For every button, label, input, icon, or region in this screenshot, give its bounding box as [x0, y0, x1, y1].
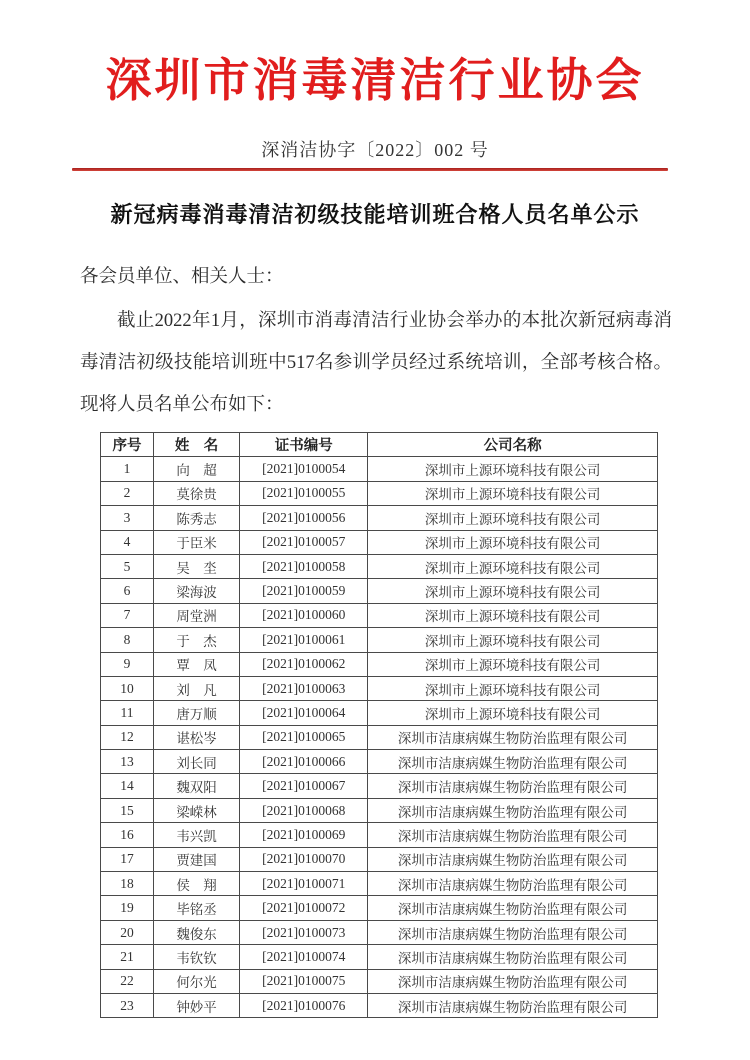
cell-serial: 13 [101, 750, 154, 774]
document-page: 深圳市消毒清洁行业协会 深消洁协字〔2022〕002 号 新冠病毒消毒清洁初级技… [0, 0, 750, 1060]
cell-cert-no: [2021]0100064 [240, 701, 368, 725]
cell-company: 深圳市洁康病媒生物防治监理有限公司 [368, 969, 658, 993]
cell-company: 深圳市上源环境科技有限公司 [368, 628, 658, 652]
cell-cert-no: [2021]0100060 [240, 603, 368, 627]
cell-name: 周堂洲 [153, 603, 239, 627]
cell-company: 深圳市上源环境科技有限公司 [368, 676, 658, 700]
cell-name: 向 超 [153, 457, 239, 481]
table-row: 17贾建国[2021]0100070深圳市洁康病媒生物防治监理有限公司 [101, 847, 658, 871]
roster-table-body: 1向 超[2021]0100054深圳市上源环境科技有限公司2莫徐贵[2021]… [101, 457, 658, 1018]
cell-serial: 14 [101, 774, 154, 798]
cell-serial: 6 [101, 579, 154, 603]
cell-company: 深圳市洁康病媒生物防治监理有限公司 [368, 725, 658, 749]
cell-name: 唐万顺 [153, 701, 239, 725]
cell-serial: 2 [101, 481, 154, 505]
cell-cert-no: [2021]0100072 [240, 896, 368, 920]
cell-name: 梁海波 [153, 579, 239, 603]
cell-cert-no: [2021]0100054 [240, 457, 368, 481]
cell-cert-no: [2021]0100074 [240, 945, 368, 969]
cell-name: 陈秀志 [153, 506, 239, 530]
cell-cert-no: [2021]0100059 [240, 579, 368, 603]
cell-serial: 12 [101, 725, 154, 749]
table-row: 18侯 翔[2021]0100071深圳市洁康病媒生物防治监理有限公司 [101, 872, 658, 896]
cell-serial: 7 [101, 603, 154, 627]
cell-serial: 23 [101, 993, 154, 1017]
table-row: 19毕铭丞[2021]0100072深圳市洁康病媒生物防治监理有限公司 [101, 896, 658, 920]
column-header-name: 姓 名 [153, 433, 239, 457]
cell-company: 深圳市上源环境科技有限公司 [368, 481, 658, 505]
cell-name: 莫徐贵 [153, 481, 239, 505]
cell-serial: 5 [101, 554, 154, 578]
roster-table: 序号姓 名证书编号公司名称 1向 超[2021]0100054深圳市上源环境科技… [100, 432, 658, 1018]
cell-cert-no: [2021]0100069 [240, 823, 368, 847]
cell-serial: 10 [101, 676, 154, 700]
cell-cert-no: [2021]0100063 [240, 676, 368, 700]
cell-cert-no: [2021]0100067 [240, 774, 368, 798]
column-header-serial: 序号 [101, 433, 154, 457]
cell-company: 深圳市洁康病媒生物防治监理有限公司 [368, 847, 658, 871]
table-row: 14魏双阳[2021]0100067深圳市洁康病媒生物防治监理有限公司 [101, 774, 658, 798]
cell-cert-no: [2021]0100055 [240, 481, 368, 505]
cell-serial: 16 [101, 823, 154, 847]
document-heading: 新冠病毒消毒清洁初级技能培训班合格人员名单公示 [0, 198, 750, 229]
table-header-row: 序号姓 名证书编号公司名称 [101, 433, 658, 457]
body-paragraph: 截止2022年1月，深圳市消毒清洁行业协会举办的本批次新冠病毒消毒清洁初级技能培… [80, 300, 672, 426]
cell-serial: 1 [101, 457, 154, 481]
cell-cert-no: [2021]0100056 [240, 506, 368, 530]
cell-serial: 19 [101, 896, 154, 920]
cell-name: 谌松岑 [153, 725, 239, 749]
cell-company: 深圳市洁康病媒生物防治监理有限公司 [368, 798, 658, 822]
cell-serial: 18 [101, 872, 154, 896]
cell-company: 深圳市洁康病媒生物防治监理有限公司 [368, 896, 658, 920]
table-row: 1向 超[2021]0100054深圳市上源环境科技有限公司 [101, 457, 658, 481]
table-row: 21韦钦钦[2021]0100074深圳市洁康病媒生物防治监理有限公司 [101, 945, 658, 969]
cell-company: 深圳市上源环境科技有限公司 [368, 530, 658, 554]
cell-name: 何尔光 [153, 969, 239, 993]
table-row: 13刘长同[2021]0100066深圳市洁康病媒生物防治监理有限公司 [101, 750, 658, 774]
cell-company: 深圳市上源环境科技有限公司 [368, 701, 658, 725]
table-row: 23钟妙平[2021]0100076深圳市洁康病媒生物防治监理有限公司 [101, 993, 658, 1017]
red-divider-line [72, 168, 668, 171]
cell-company: 深圳市洁康病媒生物防治监理有限公司 [368, 750, 658, 774]
table-row: 16韦兴凯[2021]0100069深圳市洁康病媒生物防治监理有限公司 [101, 823, 658, 847]
cell-company: 深圳市上源环境科技有限公司 [368, 652, 658, 676]
cell-cert-no: [2021]0100075 [240, 969, 368, 993]
cell-name: 于臣米 [153, 530, 239, 554]
cell-serial: 22 [101, 969, 154, 993]
table-row: 20魏俊东[2021]0100073深圳市洁康病媒生物防治监理有限公司 [101, 920, 658, 944]
table-row: 11唐万顺[2021]0100064深圳市上源环境科技有限公司 [101, 701, 658, 725]
cell-company: 深圳市洁康病媒生物防治监理有限公司 [368, 993, 658, 1017]
document-number: 深消洁协字〔2022〕002 号 [0, 136, 750, 162]
cell-cert-no: [2021]0100066 [240, 750, 368, 774]
cell-cert-no: [2021]0100076 [240, 993, 368, 1017]
column-header-company: 公司名称 [368, 433, 658, 457]
table-row: 2莫徐贵[2021]0100055深圳市上源环境科技有限公司 [101, 481, 658, 505]
cell-serial: 21 [101, 945, 154, 969]
table-row: 22何尔光[2021]0100075深圳市洁康病媒生物防治监理有限公司 [101, 969, 658, 993]
table-row: 4于臣米[2021]0100057深圳市上源环境科技有限公司 [101, 530, 658, 554]
cell-company: 深圳市上源环境科技有限公司 [368, 506, 658, 530]
organization-title: 深圳市消毒清洁行业协会 [0, 44, 750, 110]
cell-serial: 3 [101, 506, 154, 530]
table-row: 5吴 坔[2021]0100058深圳市上源环境科技有限公司 [101, 554, 658, 578]
cell-name: 梁嵘林 [153, 798, 239, 822]
cell-name: 侯 翔 [153, 872, 239, 896]
cell-cert-no: [2021]0100068 [240, 798, 368, 822]
cell-name: 魏俊东 [153, 920, 239, 944]
cell-serial: 4 [101, 530, 154, 554]
table-row: 7周堂洲[2021]0100060深圳市上源环境科技有限公司 [101, 603, 658, 627]
cell-company: 深圳市洁康病媒生物防治监理有限公司 [368, 872, 658, 896]
cell-company: 深圳市洁康病媒生物防治监理有限公司 [368, 920, 658, 944]
cell-cert-no: [2021]0100071 [240, 872, 368, 896]
cell-company: 深圳市洁康病媒生物防治监理有限公司 [368, 774, 658, 798]
cell-name: 覃 凤 [153, 652, 239, 676]
cell-name: 于 杰 [153, 628, 239, 652]
cell-cert-no: [2021]0100061 [240, 628, 368, 652]
cell-cert-no: [2021]0100065 [240, 725, 368, 749]
cell-name: 钟妙平 [153, 993, 239, 1017]
table-row: 8于 杰[2021]0100061深圳市上源环境科技有限公司 [101, 628, 658, 652]
table-row: 9覃 凤[2021]0100062深圳市上源环境科技有限公司 [101, 652, 658, 676]
table-row: 3陈秀志[2021]0100056深圳市上源环境科技有限公司 [101, 506, 658, 530]
table-row: 15梁嵘林[2021]0100068深圳市洁康病媒生物防治监理有限公司 [101, 798, 658, 822]
cell-cert-no: [2021]0100057 [240, 530, 368, 554]
cell-name: 刘 凡 [153, 676, 239, 700]
cell-name: 刘长同 [153, 750, 239, 774]
cell-name: 毕铭丞 [153, 896, 239, 920]
cell-cert-no: [2021]0100058 [240, 554, 368, 578]
cell-serial: 9 [101, 652, 154, 676]
cell-company: 深圳市上源环境科技有限公司 [368, 457, 658, 481]
cell-serial: 11 [101, 701, 154, 725]
salutation-line: 各会员单位、相关人士： [80, 262, 670, 288]
cell-serial: 17 [101, 847, 154, 871]
cell-cert-no: [2021]0100062 [240, 652, 368, 676]
cell-name: 吴 坔 [153, 554, 239, 578]
cell-company: 深圳市洁康病媒生物防治监理有限公司 [368, 945, 658, 969]
cell-cert-no: [2021]0100073 [240, 920, 368, 944]
cell-company: 深圳市上源环境科技有限公司 [368, 603, 658, 627]
cell-company: 深圳市上源环境科技有限公司 [368, 554, 658, 578]
table-row: 10刘 凡[2021]0100063深圳市上源环境科技有限公司 [101, 676, 658, 700]
cell-cert-no: [2021]0100070 [240, 847, 368, 871]
cell-name: 韦兴凯 [153, 823, 239, 847]
cell-company: 深圳市上源环境科技有限公司 [368, 579, 658, 603]
cell-serial: 20 [101, 920, 154, 944]
table-row: 6梁海波[2021]0100059深圳市上源环境科技有限公司 [101, 579, 658, 603]
cell-name: 贾建国 [153, 847, 239, 871]
cell-serial: 8 [101, 628, 154, 652]
cell-name: 韦钦钦 [153, 945, 239, 969]
table-row: 12谌松岑[2021]0100065深圳市洁康病媒生物防治监理有限公司 [101, 725, 658, 749]
cell-company: 深圳市洁康病媒生物防治监理有限公司 [368, 823, 658, 847]
cell-name: 魏双阳 [153, 774, 239, 798]
cell-serial: 15 [101, 798, 154, 822]
column-header-cert-no: 证书编号 [240, 433, 368, 457]
